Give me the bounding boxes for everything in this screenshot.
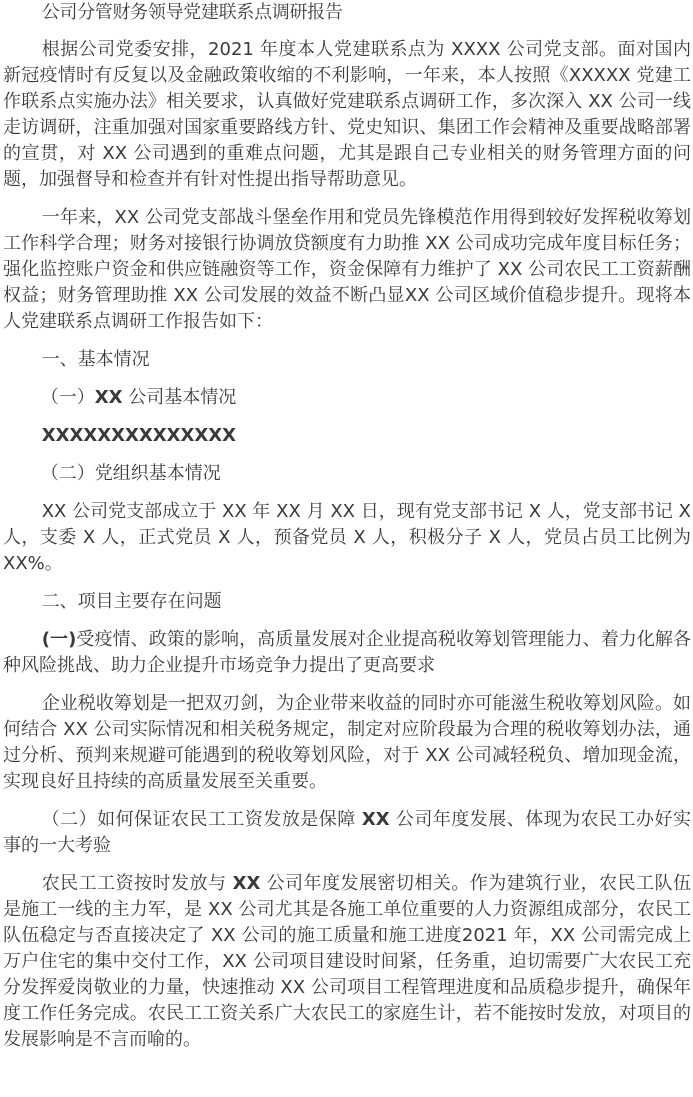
- section-2-subheading-1: (一)受疫情、政策的影响，高质量发展对企业提高税收筹划管理能力、着力化解各种风险…: [3, 627, 691, 679]
- summary-paragraph: 一年来，XX 公司党支部战斗堡垒作用和党员先锋模范作用得到较好发挥税收筹划工作科…: [3, 205, 691, 335]
- section-1-heading: 一、基本情况: [3, 347, 691, 373]
- subheading-prefix: （一）: [41, 387, 95, 408]
- section-1-subheading-1: （一）XX 公司基本情况: [3, 385, 691, 411]
- subheading-rest: 受疫情、政策的影响，高质量发展对企业提高税收筹划管理能力、着力化解各种风险挑战、…: [3, 629, 691, 676]
- section-2-heading: 二、项目主要存在问题: [3, 589, 691, 615]
- migrant-wage-paragraph: 农民工工资按时发放与 XX 公司年度发展密切相关。作为建筑行业，农民工队伍是施工…: [3, 871, 691, 1053]
- tax-planning-paragraph: 企业税收筹划是一把双刃剑，为企业带来收益的同时亦可能滋生税收筹划风险。如何结合 …: [3, 691, 691, 795]
- section-1-subheading-2: （二）党组织基本情况: [3, 461, 691, 487]
- paragraph-bold-company: XX: [233, 873, 261, 894]
- section-1-subheading-1-body: XXXXXXXXXXXXXX: [3, 423, 691, 449]
- subheading-prefix: （二）如何保证农民工工资发放是保障: [42, 809, 362, 830]
- report-document: 公司分管财务领导党建联系点调研报告 根据公司党委安排，2021 年度本人党建联系…: [0, 0, 693, 1053]
- party-org-paragraph: XX 公司党支部成立于 XX 年 XX 月 XX 日，现有党支部书记 X 人，党…: [3, 499, 691, 577]
- subheading-prefix: (一): [42, 629, 77, 650]
- subheading-rest: 公司基本情况: [123, 387, 237, 408]
- subheading-bold-company: XX: [362, 809, 390, 830]
- section-2-subheading-2: （二）如何保证农民工工资发放是保障 XX 公司年度发展、体现为农民工办好实事的一…: [3, 807, 691, 859]
- intro-paragraph: 根据公司党委安排，2021 年度本人党建联系点为 XXXX 公司党支部。面对国内…: [3, 37, 691, 193]
- paragraph-rest: 公司年度发展密切相关。作为建筑行业，农民工队伍是施工一线的主力军，是 XX 公司…: [3, 873, 691, 1050]
- paragraph-prefix: 农民工工资按时发放与: [42, 873, 233, 894]
- document-title: 公司分管财务领导党建联系点调研报告: [3, 0, 691, 26]
- subheading-bold-company: XX: [95, 387, 123, 408]
